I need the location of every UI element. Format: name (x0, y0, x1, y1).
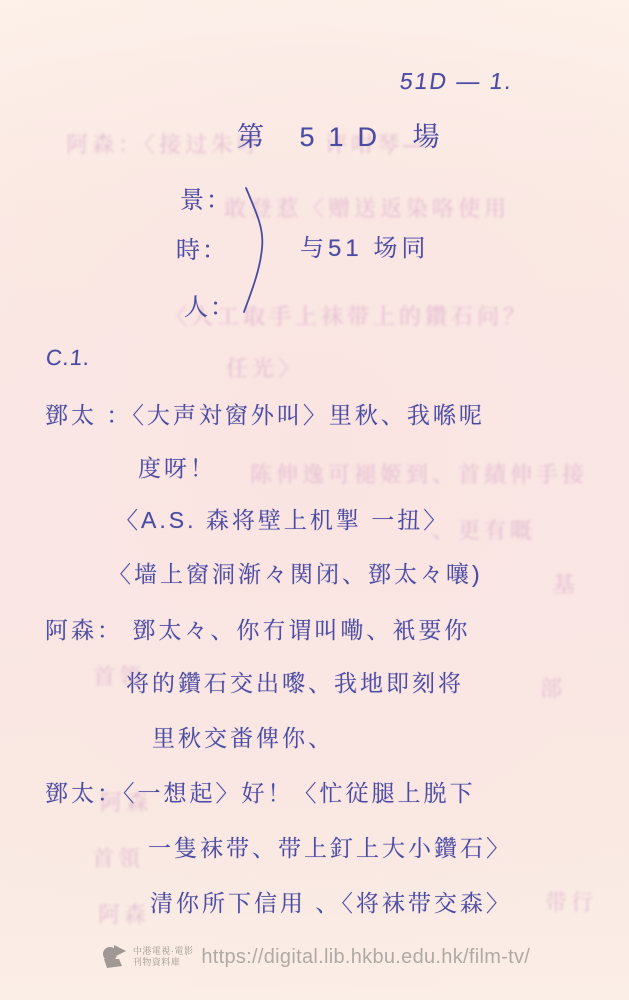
script-line: 〈A.S. 森将壁上机掣 一扭〉 (115, 502, 449, 535)
script-line: 鄧太 ：〈大声対窗外叫〉里秋、我喺呢 (45, 397, 485, 430)
bleedthrough-line: 任光〉 (226, 352, 304, 383)
bleedthrough-line: 首領 (92, 842, 144, 873)
bleedthrough-line: 部 (540, 672, 566, 703)
script-line: 一隻袜带、带上釘上大小鑽石〉 (148, 830, 512, 863)
bleedthrough-line: 阿森 (98, 898, 150, 929)
archive-logo-text: 中港電視·電影 刊物資料庫 (133, 946, 194, 968)
script-line: 鄧太：〈一想起〉好！〈忙従腿上脱下 (45, 775, 476, 808)
archive-logo-line1: 中港電視·電影 (133, 946, 194, 957)
script-line: 阿森： 鄧太々、你冇谓叫嘞、衹要你 (45, 612, 470, 645)
page-number: 51D — 1. (398, 68, 515, 95)
field-label-scene: 景： (180, 180, 232, 215)
archive-url: https://digital.lib.hkbu.edu.hk/film-tv/ (201, 946, 530, 969)
handwritten-brace (240, 186, 276, 314)
film-lamp-icon (99, 942, 129, 972)
scene-title: 第 51D 場 (237, 115, 454, 154)
bleedthrough-line: 带行 (545, 886, 597, 917)
bleedthrough-line: 基 (553, 568, 579, 599)
script-line: 度呀！ (138, 450, 216, 483)
archive-logo: 中港電視·電影 刊物資料庫 (99, 942, 194, 972)
field-label-cast: 人： (184, 287, 236, 322)
archive-logo-line2: 刊物資料庫 (133, 957, 194, 968)
field-label-time: 時： (176, 230, 228, 265)
bleedthrough-line: 陈伸逸可褪姬到、首績伸手接 (250, 458, 588, 489)
watermark-footer: 中港電視·電影 刊物資料庫 https://digital.lib.hkbu.e… (0, 942, 629, 972)
script-line: 将的鑽石交出嚟、我地即刻将 (126, 665, 464, 698)
script-line: 里秋交畨俾你、 (152, 720, 334, 753)
scene-note: 与51 场同 (300, 228, 429, 263)
scanned-script-page: 阿森：〈接过朱呼 评咁琴— 敢登惹〈赠送返染咯使用 〈人工取手上袜带上的鑽石问？… (0, 0, 629, 1000)
script-line: 清你所下信用 、〈将袜带交森〉 (150, 885, 512, 918)
cue-mark: C.1. (45, 345, 92, 371)
script-line: 〈墙上窗洞渐々関闭、鄧太々嚷) (108, 556, 483, 589)
